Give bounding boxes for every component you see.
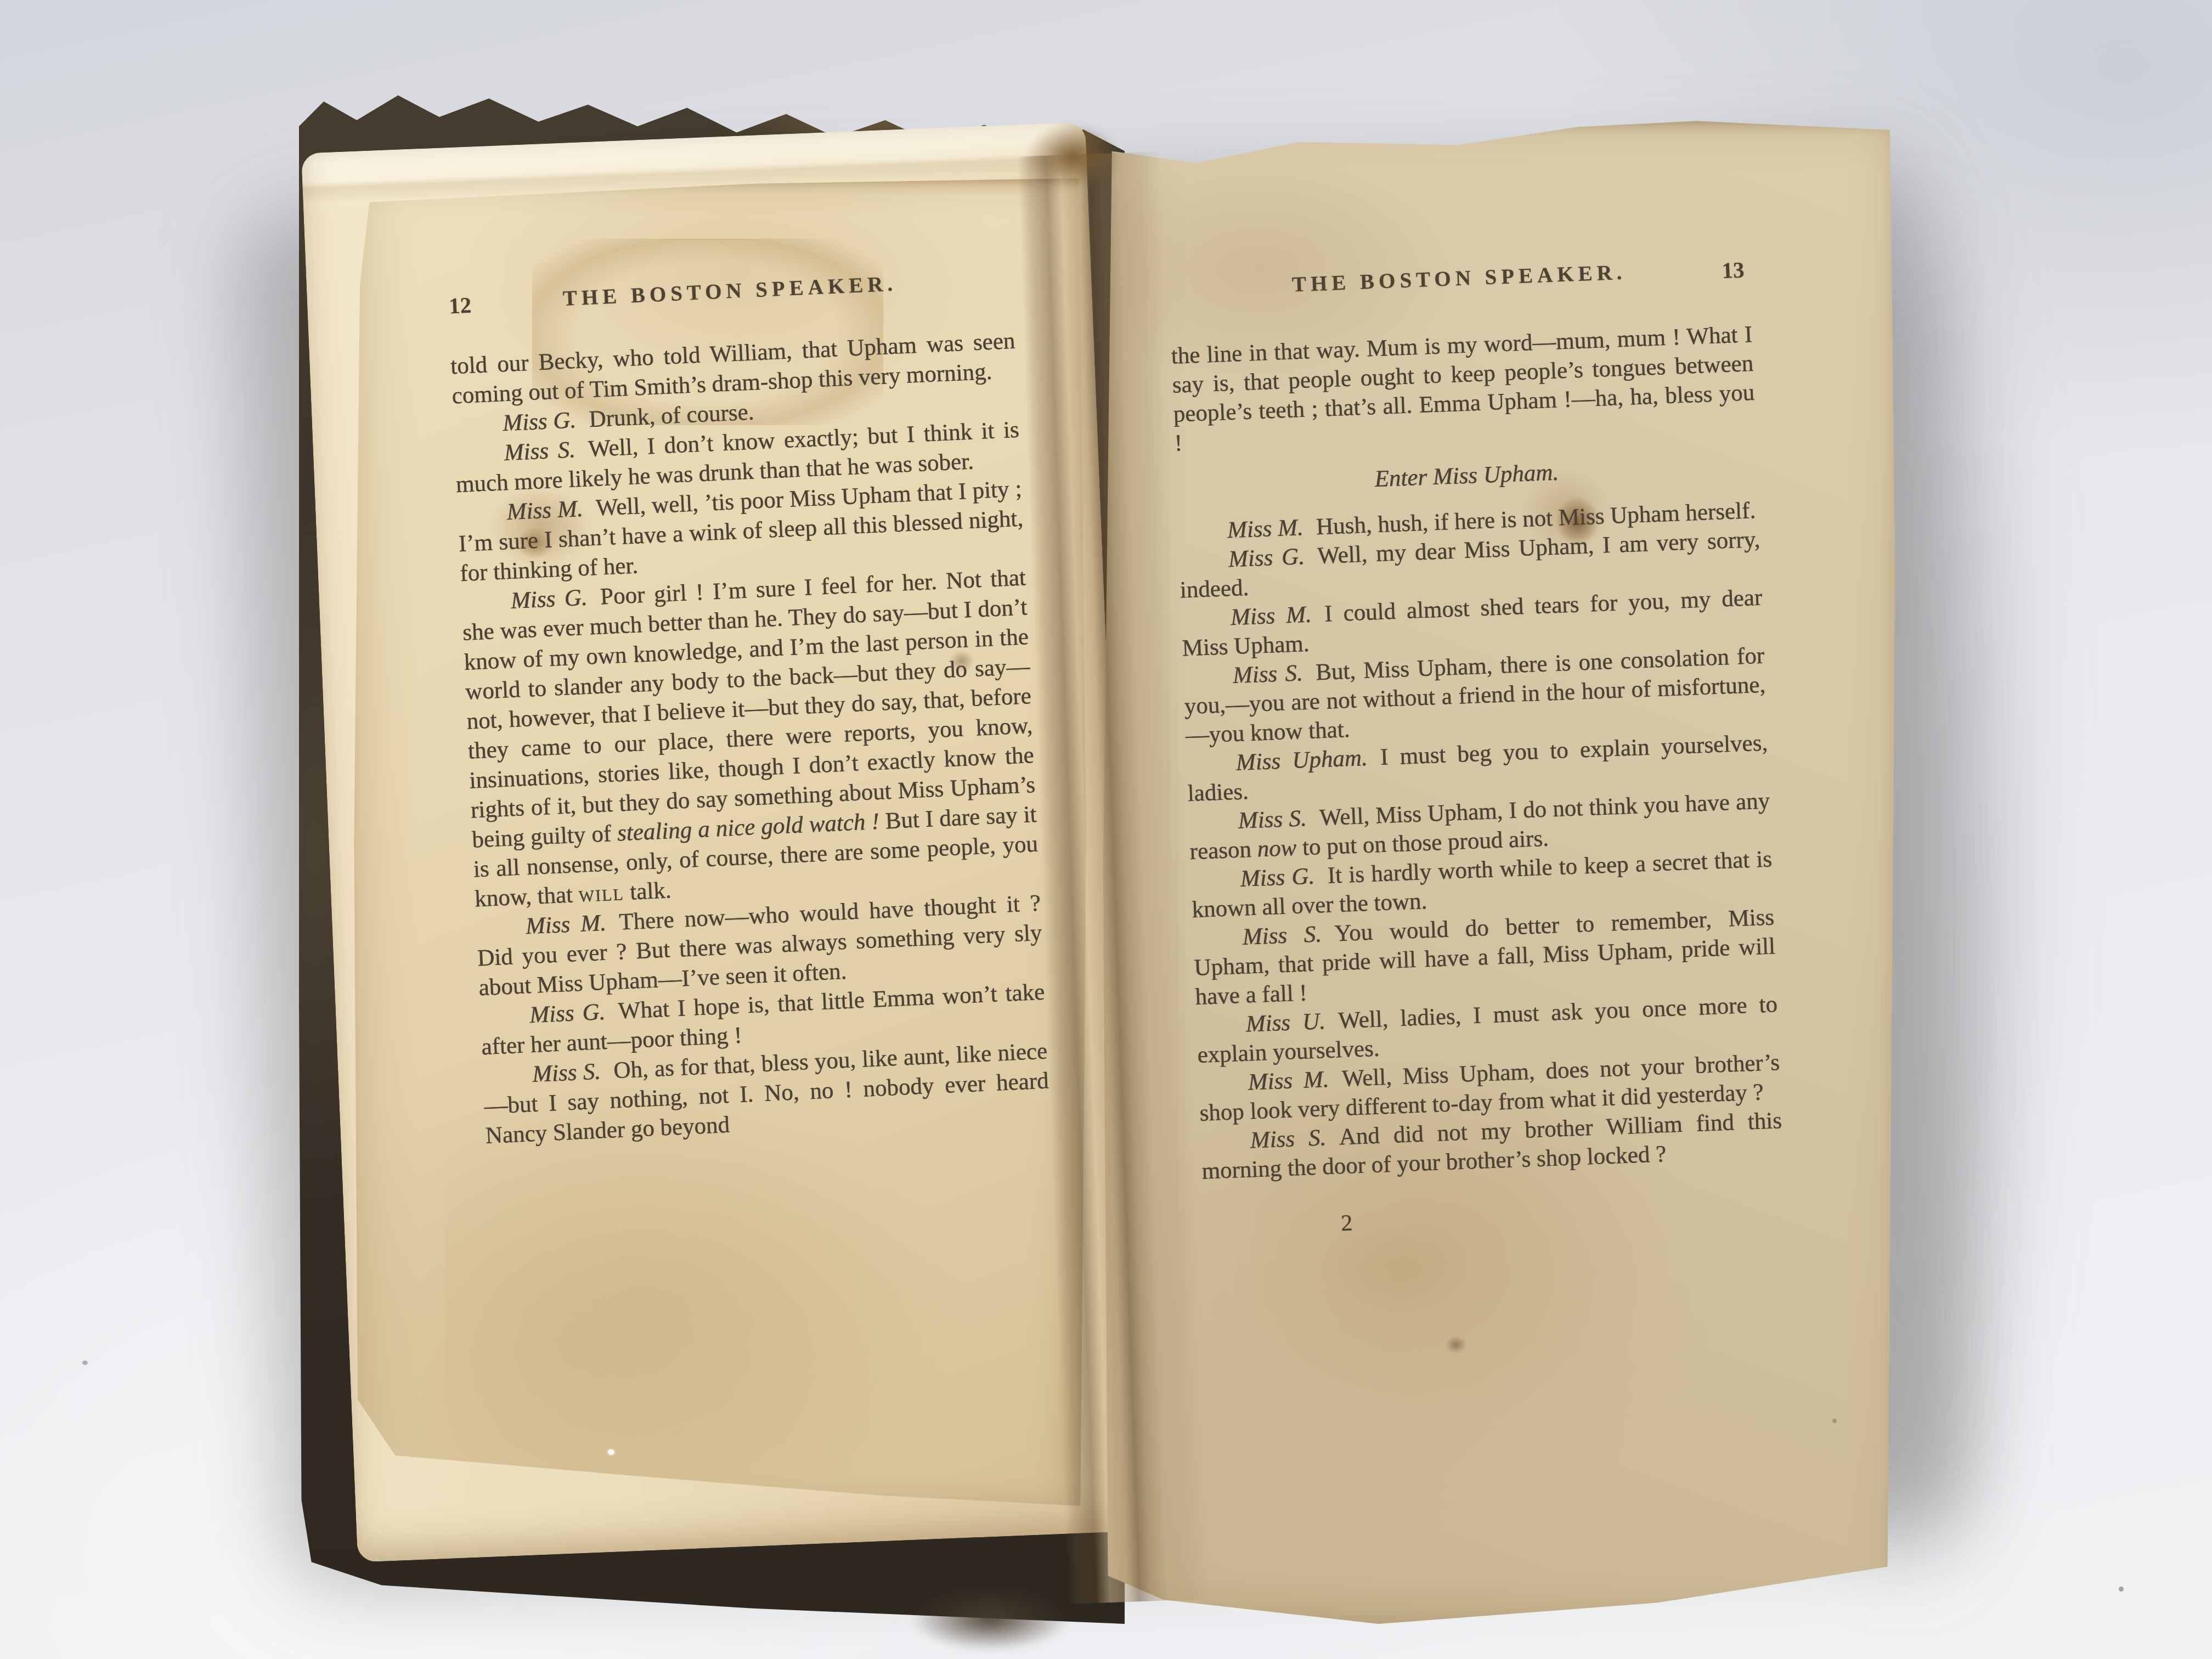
- signature-mark: 2: [1340, 1209, 1353, 1239]
- speaker-name: Miss S.: [1250, 1125, 1327, 1153]
- dialogue-text: talk.: [623, 877, 672, 905]
- speaker-name: Miss S.: [1232, 660, 1303, 689]
- right-page-header: THE BOSTON SPEAKER. 13: [1168, 255, 1750, 307]
- speaker-name: Miss S.: [1242, 921, 1322, 950]
- speaker-name: Miss M.: [1230, 602, 1312, 631]
- gutter-fray-bottom: [911, 1585, 1070, 1651]
- speaker-name: Miss S.: [532, 1058, 601, 1087]
- speaker-name: Miss M.: [525, 910, 607, 940]
- speaker-name: Miss S.: [504, 437, 576, 466]
- dust-speck: [2119, 1587, 2124, 1592]
- dust-speck: [608, 1449, 614, 1455]
- speaker-name: Miss G.: [502, 407, 577, 436]
- dust-speck: [82, 1361, 88, 1365]
- speaker-name: Miss Upham.: [1235, 745, 1368, 776]
- left-page-body: told our Becky, who told William, that U…: [450, 326, 1051, 1151]
- speaker-name: Miss U.: [1245, 1008, 1326, 1037]
- dialogue-paragraph: Miss G.Poor girl ! I’m sure I feel for h…: [461, 563, 1040, 914]
- left-page-header: 12 THE BOSTON SPEAKER.: [447, 266, 1013, 321]
- speaker-name: Miss G.: [529, 999, 606, 1028]
- speaker-name: Miss G.: [1228, 544, 1305, 572]
- emphasized-text: now: [1257, 835, 1297, 862]
- small-caps-text: will: [578, 879, 624, 907]
- dust-speck: [1832, 1419, 1837, 1423]
- gutter-fray-top: [1026, 123, 1119, 189]
- paragraph-continuation: the line in that way. Mum is my word—mum…: [1171, 320, 1756, 458]
- right-page: THE BOSTON SPEAKER. 13 the line in that …: [1100, 118, 1895, 1624]
- stage-direction: Enter Miss Upham.: [1176, 450, 1758, 501]
- speaker-name: Miss M.: [1227, 515, 1304, 543]
- right-page-body: the line in that way. Mum is my word—mum…: [1171, 320, 1786, 1244]
- left-page: 12 THE BOSTON SPEAKER. told our Becky, w…: [351, 178, 1086, 1506]
- dialogue-text: Drunk, of course.: [588, 399, 754, 433]
- right-page-number: 13: [1722, 257, 1745, 284]
- speaker-name: Miss M.: [1248, 1066, 1329, 1096]
- speaker-name: Miss G.: [1240, 864, 1315, 892]
- speaker-name: Miss G.: [510, 585, 588, 614]
- speaker-name: Miss S.: [1238, 805, 1307, 834]
- speaker-name: Miss M.: [506, 496, 584, 525]
- right-running-title: THE BOSTON SPEAKER.: [1291, 261, 1627, 297]
- paragraph-text: the line in that way. Mum is my word—mum…: [1171, 321, 1755, 456]
- left-running-title: THE BOSTON SPEAKER.: [562, 272, 898, 311]
- left-page-number: 12: [448, 292, 472, 319]
